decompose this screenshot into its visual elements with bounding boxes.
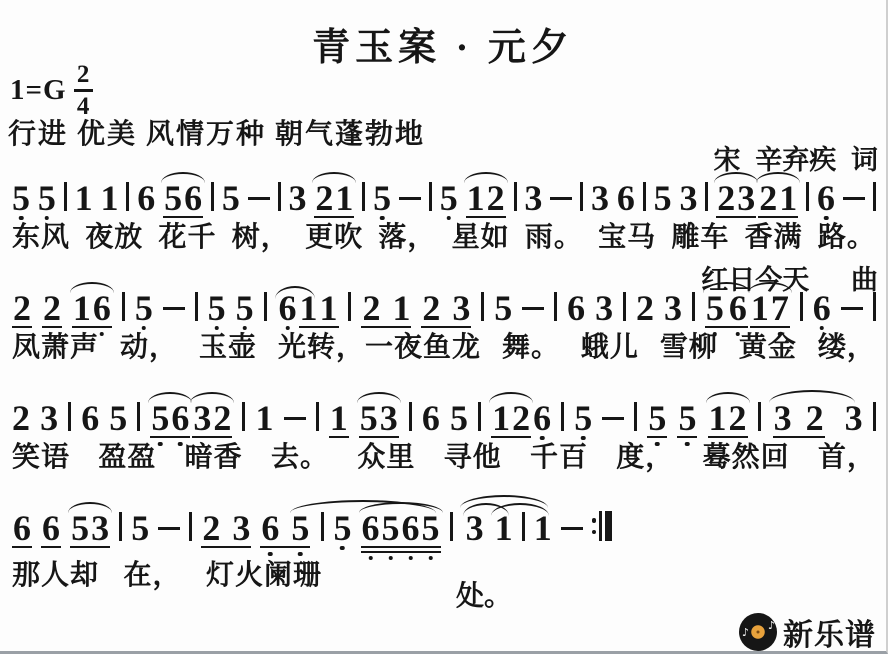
notation-line-3: 2365563211536512655512323 [12, 394, 876, 434]
low-octave-dot [540, 436, 545, 441]
low-octave-dot [298, 552, 303, 557]
slur-arc [714, 172, 758, 183]
beamed-group: 21 [361, 292, 411, 324]
lyric-syllable: 香满 [745, 222, 803, 254]
note-digit: 5 [333, 512, 351, 544]
note-extension-dash [522, 307, 544, 311]
note-digit: 3 [40, 402, 58, 434]
brand-name: 新乐谱 [783, 610, 876, 654]
note-digit: 5 [291, 512, 309, 544]
low-octave-dot [380, 216, 385, 221]
slur-arc [68, 502, 112, 513]
digit: 5 [574, 402, 592, 434]
note-digit: 5 [12, 182, 30, 214]
note-digit: 1 [300, 292, 318, 324]
beam-line [758, 216, 798, 219]
lyric-syllable: 路。 [818, 222, 876, 254]
lyric-syllable: 蛾儿 [581, 332, 639, 364]
digit: 6 [567, 292, 585, 324]
note-digit: 1 [73, 292, 91, 324]
beam-line [299, 326, 339, 329]
beamed-group: 6 [41, 512, 61, 544]
lyric-syllable: 夜放 [85, 222, 143, 254]
note-cluster: 65 [260, 512, 312, 544]
digit: 5 [222, 182, 240, 214]
digit: 6 [261, 512, 279, 544]
beamed-group: 53 [359, 402, 399, 434]
digit: 1 [330, 402, 348, 434]
note-digit: 3 [452, 292, 470, 324]
barline-icon [705, 182, 708, 211]
digit: 1 [73, 292, 91, 324]
low-octave-dot [19, 216, 24, 221]
digit: 3 [380, 402, 398, 434]
note-digit: 1 [101, 182, 119, 214]
beam-line [42, 326, 62, 329]
note-digit: 1 [467, 182, 485, 214]
notation-line-4: 66535236556565311 [12, 504, 612, 544]
digit: 6 [402, 512, 420, 544]
beamed-group: 12 [491, 402, 531, 434]
digit: 3 [591, 182, 609, 214]
digit: 5 [208, 292, 226, 324]
digit: 1 [709, 402, 727, 434]
barline-icon [429, 182, 432, 211]
note-digit: 3 [232, 512, 250, 544]
digit: 3 [289, 182, 307, 214]
digit: 6 [813, 292, 831, 324]
music-note-icon: ♪ [742, 627, 749, 638]
note-digit: 3 [524, 182, 542, 214]
lyrics-line-2: 凤萧声动，玉壶光转，一夜鱼龙舞。蛾儿雪柳黄金缕， [12, 332, 876, 364]
lyric-syllable: 宝马 [598, 222, 656, 254]
digit: 6 [617, 182, 635, 214]
note-digit: 6 [42, 512, 60, 544]
note-digit: 3 [91, 512, 109, 544]
lyric-syllable: 雨。 [525, 222, 583, 254]
digit: 5 [333, 512, 351, 544]
beam-line [716, 216, 756, 219]
barline-icon [643, 182, 646, 211]
digit: 3 [193, 402, 211, 434]
note-digit: 6 [422, 402, 440, 434]
digit: 1 [335, 182, 353, 214]
digit: 2 [213, 402, 231, 434]
note-digit: 2 [759, 182, 777, 214]
beam-line [12, 326, 32, 329]
digit: 2 [487, 182, 505, 214]
note-digit: 1 [320, 292, 338, 324]
beamed-group: 23 [201, 512, 251, 544]
note-digit: 1 [751, 292, 769, 324]
beam-line [466, 216, 506, 219]
beamed-group: 12 [466, 182, 506, 214]
beam-line [70, 546, 110, 549]
note-digit: 5 [450, 402, 468, 434]
note-digit: 5 [360, 402, 378, 434]
barline-icon [758, 402, 761, 431]
beamed-group: 23 [421, 292, 471, 324]
note-digit: 5 [440, 182, 458, 214]
note-extension-dash [284, 417, 306, 421]
lyric-syllable: 更吹 [305, 222, 363, 254]
digit: 5 [678, 402, 696, 434]
lyrics-line-1: 东风夜放花千树，更吹落，星如雨。宝马雕车香满路。 [12, 222, 876, 254]
beamed-group: 2 [12, 292, 32, 324]
note-cluster: 5632 [150, 402, 232, 434]
barline-icon [561, 402, 564, 431]
beamed-group: 21 [314, 182, 354, 214]
digit: 5 [382, 512, 400, 544]
beam-line [708, 436, 748, 439]
digit: 5 [12, 182, 30, 214]
lyrics-line-4: 那人却在，灯火阑珊 [12, 560, 322, 592]
note-digit: 5 [109, 402, 127, 434]
barline-icon [623, 292, 626, 321]
lyric-syllable: 首， [818, 442, 876, 474]
sheet-music-page: 青玉案 · 元夕 1=G 2 4 宋 辛弃疾 词 红日今天 曲 行进 优美 风情… [0, 0, 888, 654]
beam-line-2 [361, 551, 441, 554]
lyric-syllable: 动， [120, 332, 178, 364]
note-cluster: 1 [493, 512, 513, 544]
key-label: 1=G [10, 74, 67, 107]
digit: 1 [751, 292, 769, 324]
time-numerator: 2 [77, 62, 90, 87]
low-octave-dot [820, 326, 825, 331]
digit: 3 [232, 512, 250, 544]
lyric-syllable: 东风 [12, 222, 70, 254]
lyric-syllable: 雕车 [671, 222, 729, 254]
beamed-group: 16 [72, 292, 112, 324]
note-cluster: 611 [277, 292, 339, 324]
vinyl-record-icon: ♪ ♪ [739, 613, 777, 651]
note-digit: 5 [38, 182, 56, 214]
digit: 1 [492, 402, 510, 434]
repeat-dots [592, 518, 597, 534]
note-digit: 6 [13, 512, 31, 544]
digit: 3 [466, 512, 484, 544]
barline-icon [692, 292, 695, 321]
barline-icon [211, 182, 214, 211]
note-digit: 2 [362, 292, 380, 324]
barline-icon [189, 512, 192, 541]
digit: 3 [524, 182, 542, 214]
digit: 3 [452, 292, 470, 324]
digit: 2 [202, 512, 220, 544]
note-digit: 6 [261, 512, 279, 544]
spacer [827, 433, 843, 434]
digit: 5 [291, 512, 309, 544]
barline-icon [321, 512, 324, 541]
note-digit: 1 [335, 182, 353, 214]
note-digit: 5 [135, 292, 153, 324]
slur-arc [464, 172, 508, 183]
note-digit: 5 [131, 512, 149, 544]
digit: 1 [534, 512, 552, 544]
digit: 6 [137, 182, 155, 214]
barline-icon [126, 182, 129, 211]
beamed-group: 6565 [361, 512, 441, 544]
lyric-syllable: 在， [123, 560, 181, 592]
lyric-syllable: 花千 [159, 222, 217, 254]
beamed-group: 56 [150, 402, 190, 434]
lyric-syllable: 雪柳 [660, 332, 718, 364]
note-digit: 5 [382, 512, 400, 544]
note-digit: 5 [71, 512, 89, 544]
beam-line [361, 326, 411, 329]
beam-line [773, 436, 825, 439]
low-octave-dot [45, 216, 50, 221]
digit: 7 [771, 292, 789, 324]
note-digit: 2 [202, 512, 220, 544]
barline-icon [481, 292, 484, 321]
beam-line [359, 436, 399, 439]
digit: 5 [450, 402, 468, 434]
low-octave-dot [447, 216, 452, 221]
note-digit: 7 [771, 292, 789, 324]
notation-line-2: 221655561121235632356176 [12, 284, 876, 324]
barline-icon [348, 292, 351, 321]
slur-arc [756, 172, 800, 183]
digit: 5 [109, 402, 127, 434]
digit: 1 [467, 182, 485, 214]
digit: 5 [648, 402, 666, 434]
digit: 6 [729, 292, 747, 324]
digit: 3 [680, 182, 698, 214]
note-digit: 6 [171, 402, 189, 434]
slur-arc [70, 282, 114, 293]
note-digit: 5 [236, 292, 254, 324]
digit: 3 [40, 402, 58, 434]
note-digit: 2 [729, 402, 747, 434]
music-note-icon: ♪ [768, 620, 775, 631]
digit: 5 [71, 512, 89, 544]
notation-line-1: 5511656532155123365323216 [12, 174, 876, 214]
digit: 6 [422, 402, 440, 434]
note-digit: 3 [595, 292, 613, 324]
beamed-group: 32 [192, 402, 232, 434]
note-digit: 3 [289, 182, 307, 214]
barline-icon [806, 182, 809, 211]
barline-icon [478, 402, 481, 431]
note-digit: 5 [222, 182, 240, 214]
note-digit: 5 [678, 402, 696, 434]
digit: 1 [392, 292, 410, 324]
barline-icon [264, 292, 267, 321]
beam-line [72, 326, 112, 329]
digit: 5 [131, 512, 149, 544]
digit: 5 [236, 292, 254, 324]
digit: 5 [706, 292, 724, 324]
note-digit: 5 [648, 402, 666, 434]
digit: 3 [595, 292, 613, 324]
note-digit: 1 [256, 402, 274, 434]
repeat-dot [592, 530, 597, 535]
digit: 6 [13, 512, 31, 544]
lyric-overflow: 处。 [456, 574, 512, 614]
beamed-group: 2 [42, 292, 62, 324]
lyric-syllable: 树， [232, 222, 290, 254]
note-digit: 3 [680, 182, 698, 214]
slur-arc [489, 392, 533, 403]
digit: 2 [13, 292, 31, 324]
lyric-syllable: 缕， [818, 332, 876, 364]
digit: 3 [774, 402, 792, 434]
digit: 2 [636, 292, 654, 324]
note-digit: 2 [213, 402, 231, 434]
note-extension-dash [163, 307, 185, 311]
note-digit: 2 [717, 182, 735, 214]
digit: 1 [300, 292, 318, 324]
digit: 6 [362, 512, 380, 544]
key-signature: 1=G 2 4 [10, 62, 93, 119]
slur-arc [357, 392, 401, 403]
barline-icon [873, 402, 876, 431]
beamed-group: 11 [299, 292, 339, 324]
barline-icon [242, 402, 245, 431]
note-digit: 5 [164, 182, 182, 214]
note-digit: 1 [492, 402, 510, 434]
note-digit: 6 [813, 292, 831, 324]
digit: 1 [320, 292, 338, 324]
note-digit: 6 [137, 182, 155, 214]
lyric-syllable: 笑语 [12, 442, 70, 474]
note-digit: 5 [151, 402, 169, 434]
lyric-syllable: 去。 [271, 442, 329, 474]
digit: 5 [422, 512, 440, 544]
note-extension-dash [399, 197, 421, 201]
beamed-group: 1 [329, 402, 349, 434]
beamed-group: 53 [70, 512, 110, 544]
thick-barline [605, 511, 612, 541]
note-cluster: 3 [462, 512, 484, 544]
beam-line [260, 546, 310, 549]
note-digit: 3 [774, 402, 792, 434]
barline-icon [634, 402, 637, 431]
note-digit: 5 [494, 292, 512, 324]
note-digit: 5 [422, 512, 440, 544]
note-digit: 3 [466, 512, 484, 544]
note-digit: 2 [806, 402, 824, 434]
beamed-group: 21 [758, 182, 798, 214]
beamed-group: 32 [773, 402, 825, 434]
lyric-syllable: 众里 [357, 442, 415, 474]
digit: 3 [845, 402, 863, 434]
barline-icon [316, 402, 319, 431]
barline-icon [580, 182, 583, 211]
note-digit: 2 [636, 292, 654, 324]
lyric-syllable: 凤萧声 [12, 332, 99, 364]
note-digit: 6 [184, 182, 202, 214]
beam-line [750, 326, 790, 329]
note-digit: 6 [567, 292, 585, 324]
note-digit: 5 [706, 292, 724, 324]
note-digit: 5 [654, 182, 672, 214]
note-extension-dash [843, 197, 865, 201]
low-octave-dot [388, 556, 393, 561]
digit: 5 [164, 182, 182, 214]
digit: 1 [75, 182, 93, 214]
low-octave-dot [340, 546, 345, 551]
digit: 2 [422, 292, 440, 324]
beam-line [677, 436, 697, 439]
lyric-syllable: 度， [616, 442, 674, 474]
digit: 5 [151, 402, 169, 434]
beamed-group: 56 [705, 292, 748, 324]
barline-icon [64, 182, 67, 211]
digit: 3 [664, 292, 682, 324]
digit: 5 [135, 292, 153, 324]
digit: 1 [779, 182, 797, 214]
digit: 2 [759, 182, 777, 214]
low-octave-dot [268, 552, 273, 557]
note-cluster: 126 [491, 402, 551, 434]
barline-icon [522, 512, 525, 541]
digit: 6 [81, 402, 99, 434]
barline-icon [195, 292, 198, 321]
digit: 1 [495, 512, 513, 544]
barline-icon [278, 182, 281, 211]
digit: 5 [373, 182, 391, 214]
low-octave-dot [214, 326, 219, 331]
lyric-syllable: 那人却 [12, 560, 99, 592]
lyric-syllable: 灯火阑珊 [206, 560, 322, 592]
digit: 6 [184, 182, 202, 214]
slur-arc [148, 392, 192, 403]
digit: 3 [737, 182, 755, 214]
low-octave-dot [142, 326, 147, 331]
lyric-syllable: 落， [378, 222, 436, 254]
note-extension-dash [561, 527, 583, 531]
note-digit: 5 [574, 402, 592, 434]
lyric-syllable: 千百 [530, 442, 588, 474]
digit: 6 [533, 402, 551, 434]
beam-line [192, 436, 232, 439]
note-digit: 2 [487, 182, 505, 214]
digit: 2 [512, 402, 530, 434]
digit: 6 [817, 182, 835, 214]
barline-icon [514, 182, 517, 211]
lyric-syllable: 光转，一夜鱼龙 [278, 332, 481, 364]
digit: 2 [717, 182, 735, 214]
note-cluster: 323 [771, 402, 863, 434]
digit: 1 [256, 402, 274, 434]
beam-line [41, 546, 61, 549]
time-signature: 2 4 [74, 62, 93, 119]
barline-icon [137, 402, 140, 431]
beam-line [201, 546, 251, 549]
note-digit: 1 [392, 292, 410, 324]
barline-icon [800, 292, 803, 321]
note-digit: 3 [591, 182, 609, 214]
thin-barline [599, 511, 602, 541]
slur-arc [748, 282, 792, 293]
slur-arc [190, 392, 234, 403]
digit: 5 [360, 402, 378, 434]
low-octave-dot [824, 216, 829, 221]
note-digit: 6 [729, 292, 747, 324]
barline-icon [450, 512, 453, 541]
beamed-group: 17 [750, 292, 790, 324]
beam-line [163, 216, 203, 219]
beam-line [705, 326, 748, 329]
note-digit: 1 [534, 512, 552, 544]
note-digit: 1 [330, 402, 348, 434]
low-octave-dot [408, 556, 413, 561]
slur-arc [703, 282, 750, 293]
beamed-group: 23 [716, 182, 756, 214]
low-octave-dot [368, 556, 373, 561]
